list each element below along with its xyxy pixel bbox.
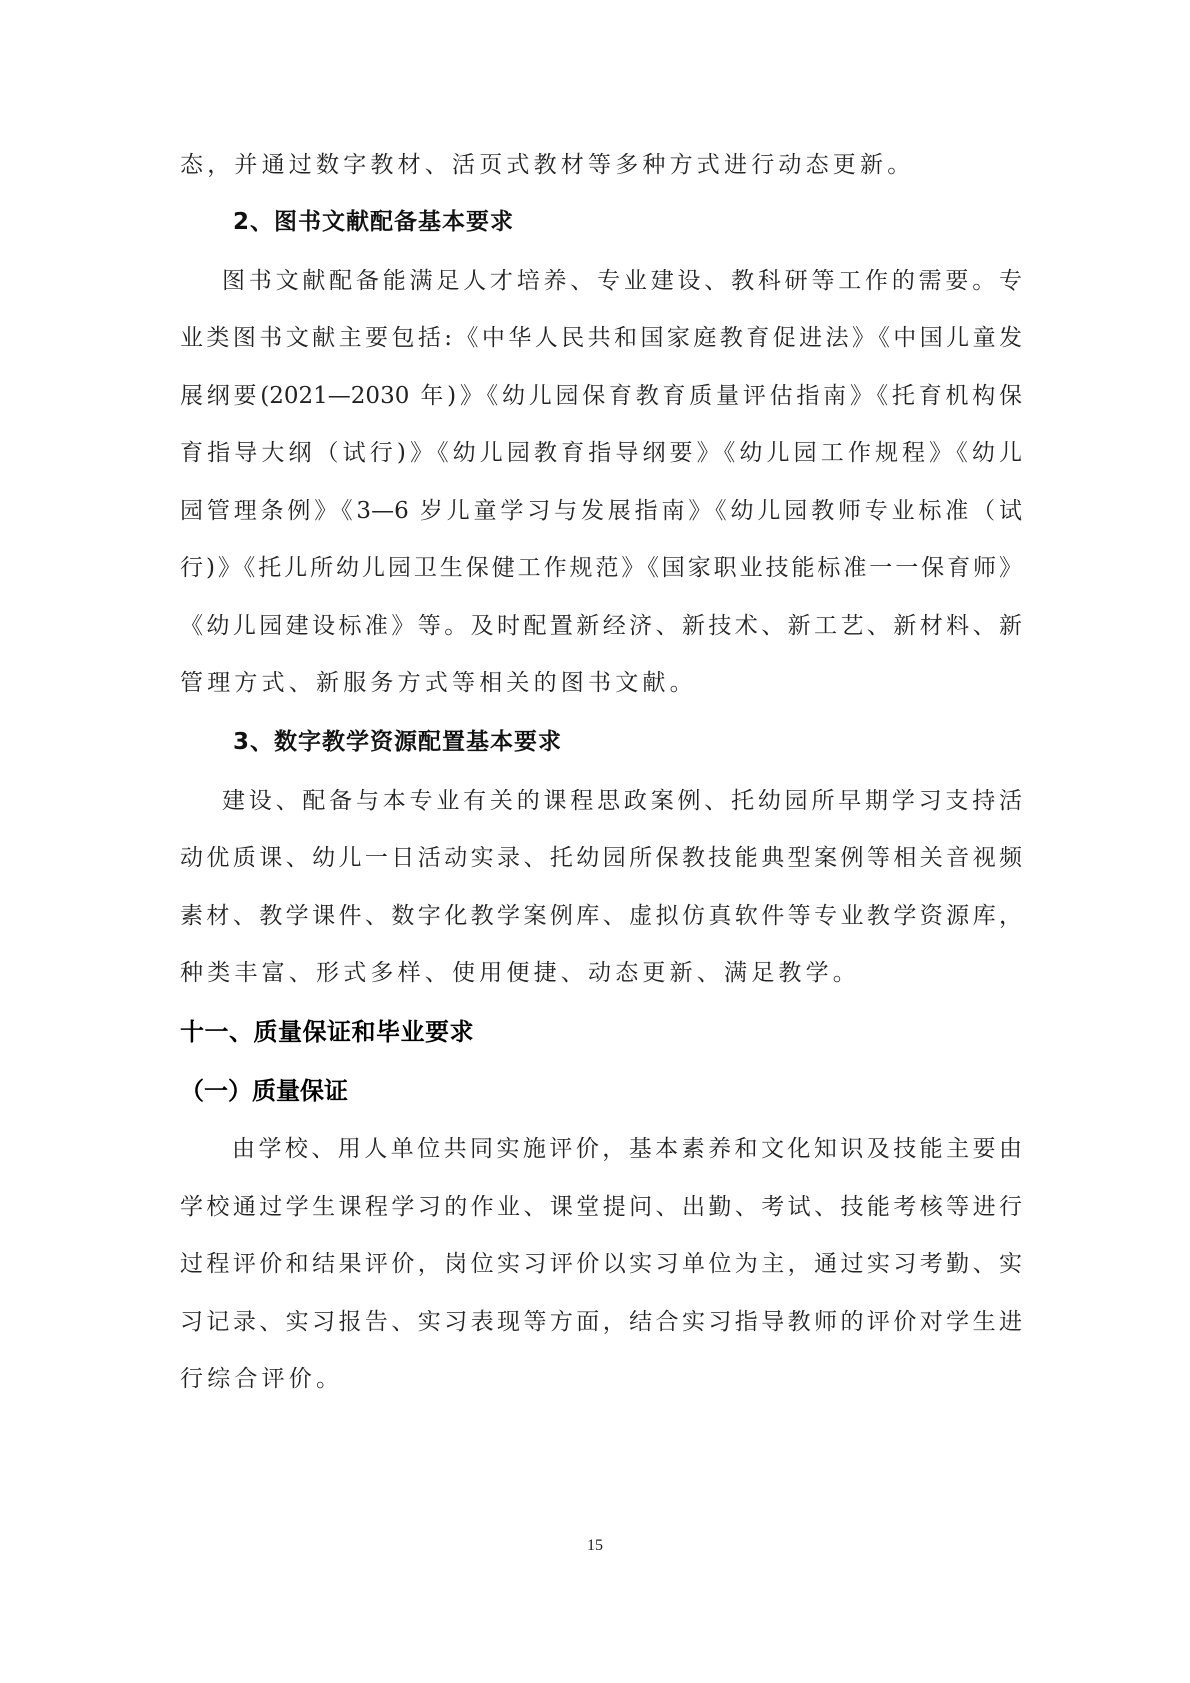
paragraph-line: 种类丰富、形式多样、使用便捷、动态更新、满足教学。 xyxy=(180,958,1022,988)
paragraph-line: 过程评价和结果评价，岗位实习评价以实习单位为主，通过实习考勤、实 xyxy=(180,1249,1022,1279)
chapter-heading: 十一、质量保证和毕业要求 xyxy=(180,1017,474,1047)
paragraph-line: 学校通过学生课程学习的作业、课堂提问、出勤、考试、技能考核等进行 xyxy=(180,1192,1022,1222)
paragraph-line: 行综合评价。 xyxy=(180,1364,1022,1394)
section-heading-books: 2、图书文献配备基本要求 xyxy=(233,207,514,237)
paragraph-line: 育指导大纲（试行)》《幼儿园教育指导纲要》《幼儿园工作规程》《幼儿 xyxy=(180,438,1022,468)
paragraph-line: 管理方式、新服务方式等相关的图书文献。 xyxy=(180,668,1022,698)
paragraph-line: 由学校、用人单位共同实施评价，基本素养和文化知识及技能主要由 xyxy=(232,1134,1022,1164)
paragraph-line: 建设、配备与本专业有关的课程思政案例、托幼园所早期学习支持活 xyxy=(222,786,1022,816)
paragraph-line: 图书文献配备能满足人才培养、专业建设、教科研等工作的需要。专 xyxy=(222,266,1022,296)
paragraph-line: 素材、教学课件、数字化教学案例库、虚拟仿真软件等专业教学资源库， xyxy=(180,901,1022,931)
subsection-heading: （一）质量保证 xyxy=(180,1076,348,1106)
section-heading-digital: 3、数字教学资源配置基本要求 xyxy=(233,727,562,757)
paragraph-line: 《幼儿园建设标准》等。及时配置新经济、新技术、新工艺、新材料、新 xyxy=(180,611,1022,641)
paragraph-line: 展纲要(2021—2030 年)》《幼儿园保育教育质量评估指南》《托育机构保 xyxy=(180,381,1022,411)
paragraph-line: 行)》《托儿所幼儿园卫生保健工作规范》《国家职业技能标准一一保育师》 xyxy=(180,553,1022,583)
paragraph-line: 动优质课、幼儿一日活动实录、托幼园所保教技能典型案例等相关音视频 xyxy=(180,843,1022,873)
paragraph-line: 业类图书文献主要包括:《中华人民共和国家庭教育促进法》《中国儿童发 xyxy=(180,323,1022,353)
page-number: 15 xyxy=(0,1537,1190,1555)
paragraph-line: 园管理条例》《3—6 岁儿童学习与发展指南》《幼儿园教师专业标准（试 xyxy=(180,496,1022,526)
paragraph-line: 习记录、实习报告、实习表现等方面，结合实习指导教师的评价对学生进 xyxy=(180,1307,1022,1337)
paragraph-line: 态，并通过数字教材、活页式教材等多种方式进行动态更新。 xyxy=(180,150,1022,180)
document-page: 态，并通过数字教材、活页式教材等多种方式进行动态更新。 2、图书文献配备基本要求… xyxy=(0,0,1190,1683)
